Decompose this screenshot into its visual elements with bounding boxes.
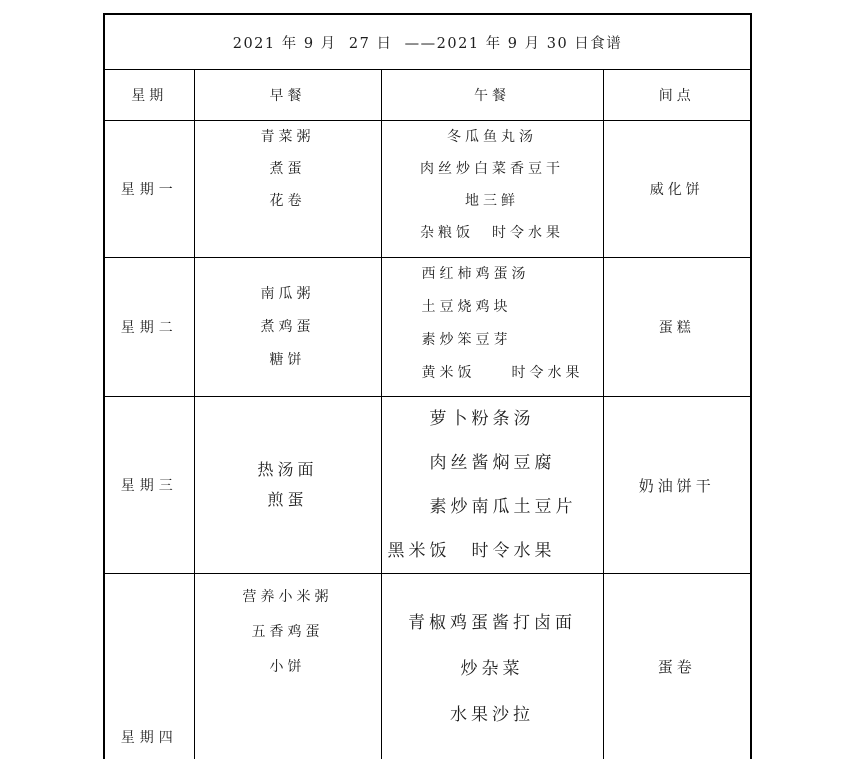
monday-label: 星期一 <box>104 121 194 258</box>
tuesday-lunch-cell: 西红柿鸡蛋汤 土豆烧鸡块 素炒笨豆芽 黄米饭 时令水果 <box>381 258 603 397</box>
wednesday-snack-cell: 奶油饼干 <box>603 397 751 574</box>
menu-line: 肉丝炒白菜香豆干 <box>382 153 603 185</box>
menu-line: 青菜粥 <box>195 121 381 153</box>
menu-line: 五香鸡蛋 <box>195 615 381 650</box>
monday-snack-cell: 威化饼 <box>603 121 751 258</box>
header-row: 星期 早餐 午餐 间点 <box>104 70 751 121</box>
tuesday-snack-cell: 蛋糕 <box>603 258 751 397</box>
menu-line: 水果沙拉 <box>382 692 603 738</box>
col-header-week: 星期 <box>104 70 194 121</box>
row-thursday: 星期四 营养小米粥 五香鸡蛋 小饼 青椒鸡蛋酱打卤面 炒杂菜 水果沙拉 蛋卷 <box>104 574 751 759</box>
menu-line: 地三鲜 <box>382 185 603 217</box>
menu-line: 热汤面 <box>195 455 381 485</box>
menu-title: 2021 年 9 月 27 日 ——2021 年 9 月 30 日食谱 <box>104 14 751 70</box>
menu-line: 小饼 <box>195 650 381 685</box>
monday-breakfast-cell: 青菜粥 煮蛋 花卷 <box>194 121 381 258</box>
col-header-lunch: 午餐 <box>381 70 603 121</box>
tuesday-breakfast-cell: 南瓜粥 煮鸡蛋 糖饼 <box>194 258 381 397</box>
menu-line: 煮鸡蛋 <box>195 311 381 344</box>
col-header-breakfast: 早餐 <box>194 70 381 121</box>
menu-line: 西红柿鸡蛋汤 <box>382 258 603 291</box>
menu-line: 黑米饭 时令水果 <box>382 529 603 573</box>
menu-line: 糖饼 <box>195 344 381 377</box>
menu-line: 花卷 <box>195 185 381 217</box>
menu-line: 素炒笨豆芽 <box>382 324 603 357</box>
menu-line: 煎蛋 <box>195 485 381 515</box>
row-wednesday: 星期三 热汤面 煎蛋 萝卜粉条汤 肉丝酱焖豆腐 素炒南瓜土豆片 黑米饭 时令水果… <box>104 397 751 574</box>
menu-line: 炒杂菜 <box>382 646 603 692</box>
title-row: 2021 年 9 月 27 日 ——2021 年 9 月 30 日食谱 <box>104 14 751 70</box>
col-header-snack: 间点 <box>603 70 751 121</box>
menu-line: 肉丝酱焖豆腐 <box>382 441 603 485</box>
menu-line: 冬瓜鱼丸汤 <box>382 121 603 153</box>
tuesday-label: 星期二 <box>104 258 194 397</box>
row-tuesday: 星期二 南瓜粥 煮鸡蛋 糖饼 西红柿鸡蛋汤 土豆烧鸡块 素炒笨豆芽 黄米饭 时令… <box>104 258 751 397</box>
monday-lunch-cell: 冬瓜鱼丸汤 肉丝炒白菜香豆干 地三鲜 杂粮饭 时令水果 <box>381 121 603 258</box>
menu-line: 黄米饭 时令水果 <box>382 357 603 390</box>
wednesday-lunch-cell: 萝卜粉条汤 肉丝酱焖豆腐 素炒南瓜土豆片 黑米饭 时令水果 <box>381 397 603 574</box>
thursday-breakfast-cell: 营养小米粥 五香鸡蛋 小饼 <box>194 574 381 759</box>
menu-line: 南瓜粥 <box>195 278 381 311</box>
thursday-lunch-cell: 青椒鸡蛋酱打卤面 炒杂菜 水果沙拉 <box>381 574 603 759</box>
menu-line: 土豆烧鸡块 <box>382 291 603 324</box>
menu-table: 2021 年 9 月 27 日 ——2021 年 9 月 30 日食谱 星期 早… <box>103 13 752 759</box>
thursday-snack-cell: 蛋卷 <box>603 574 751 759</box>
menu-line: 营养小米粥 <box>195 580 381 615</box>
document-page: 2021 年 9 月 27 日 ——2021 年 9 月 30 日食谱 星期 早… <box>0 0 849 759</box>
row-monday: 星期一 青菜粥 煮蛋 花卷 冬瓜鱼丸汤 肉丝炒白菜香豆干 地三鲜 杂粮饭 时令水… <box>104 121 751 258</box>
menu-line: 萝卜粉条汤 <box>382 397 603 441</box>
menu-line: 青椒鸡蛋酱打卤面 <box>382 600 603 646</box>
menu-line: 素炒南瓜土豆片 <box>382 485 603 529</box>
menu-line: 杂粮饭 时令水果 <box>382 217 603 249</box>
menu-line: 煮蛋 <box>195 153 381 185</box>
wednesday-label: 星期三 <box>104 397 194 574</box>
wednesday-breakfast-cell: 热汤面 煎蛋 <box>194 397 381 574</box>
thursday-label: 星期四 <box>104 574 194 759</box>
